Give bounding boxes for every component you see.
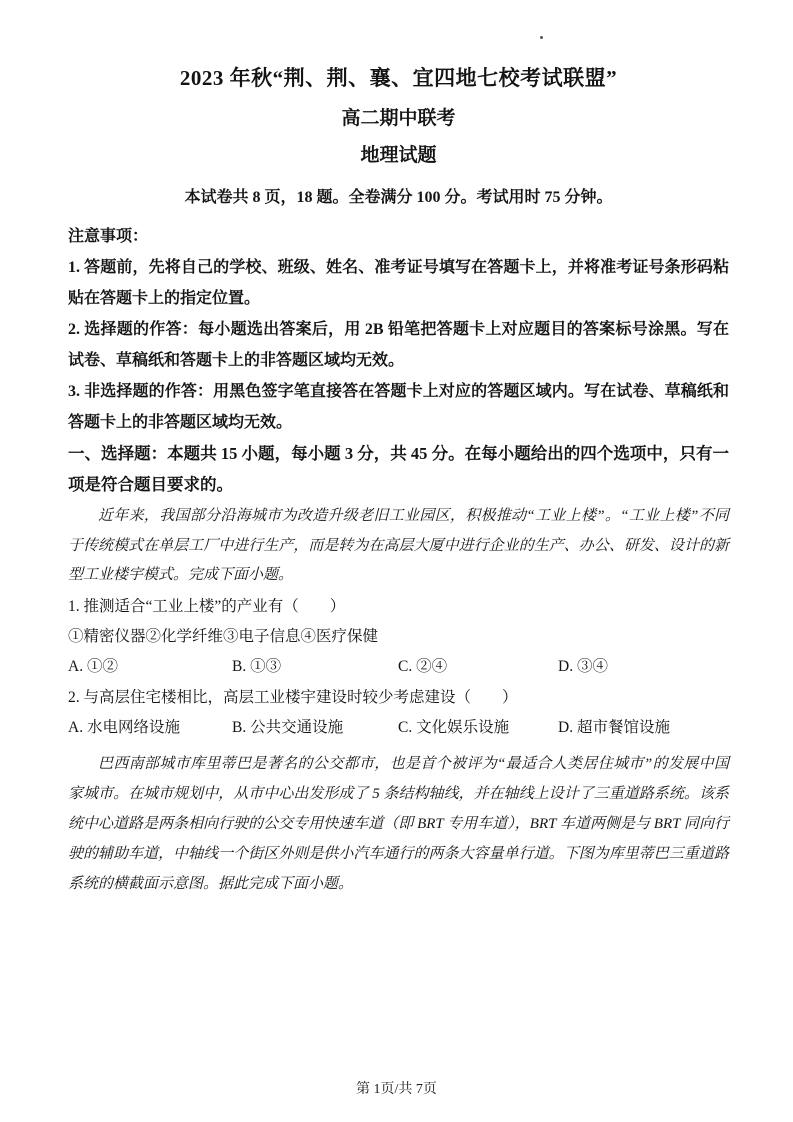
notice-item-2: 2. 选择题的作答：每小题选出答案后，用 2B 铅笔把答题卡上对应题目的答案标号… <box>68 314 729 376</box>
exam-title: 2023 年秋“荆、荆、襄、宜四地七校考试联盟” <box>68 66 729 90</box>
notice-item-1: 1. 答题前，先将自己的学校、班级、姓名、准考证号填写在答题卡上，并将准考证号条… <box>68 252 729 314</box>
question-1-items: ①精密仪器②化学纤维③电子信息④医疗保健 <box>68 622 729 652</box>
question-2: 2. 与高层住宅楼相比，高层工业楼宇建设时较少考虑建设（ ） A. 水电网络设施… <box>68 683 729 743</box>
page-content: 2023 年秋“荆、荆、襄、宜四地七校考试联盟” 高二期中联考 地理试题 本试卷… <box>0 0 793 899</box>
question-2-options: A. 水电网络设施 B. 公共交通设施 C. 文化娱乐设施 D. 超市餐馆设施 <box>68 713 729 743</box>
question-1-option-b: B. ①③ <box>232 652 398 682</box>
exam-info-line: 本试卷共 8 页，18 题。全卷满分 100 分。考试用时 75 分钟。 <box>68 189 729 207</box>
question-1: 1. 推测适合“工业上楼”的产业有（ ） ①精密仪器②化学纤维③电子信息④医疗保… <box>68 592 729 682</box>
question-2-option-d: D. 超市餐馆设施 <box>558 713 729 743</box>
question-1-stem: 1. 推测适合“工业上楼”的产业有（ ） <box>68 592 729 622</box>
exam-paper-page: 2023 年秋“荆、荆、襄、宜四地七校考试联盟” 高二期中联考 地理试题 本试卷… <box>0 0 793 1122</box>
section-heading: 一、选择题：本题共 15 小题，每小题 3 分，共 45 分。在每小题给出的四个… <box>68 438 729 500</box>
exam-subtitle: 高二期中联考 <box>68 108 729 129</box>
question-2-option-b: B. 公共交通设施 <box>232 713 398 743</box>
question-1-options: A. ①② B. ①③ C. ②④ D. ③④ <box>68 652 729 682</box>
exam-subject: 地理试题 <box>68 145 729 166</box>
question-2-option-c: C. 文化娱乐设施 <box>398 713 558 743</box>
question-2-option-a: A. 水电网络设施 <box>68 713 232 743</box>
scan-artifact-dot <box>540 36 543 39</box>
question-1-option-a: A. ①② <box>68 652 232 682</box>
notice-item-3: 3. 非选择题的作答：用黑色签字笔直接答在答题卡上对应的答题区域内。写在试卷、草… <box>68 376 729 438</box>
passage-industry-upstairs: 近年来，我国部分沿海城市为改造升级老旧工业园区，积极推动“工业上楼”。“工业上楼… <box>68 502 729 591</box>
page-number: 第 1页/共 7页 <box>0 1082 793 1098</box>
notice-heading: 注意事项： <box>68 221 729 252</box>
question-1-option-c: C. ②④ <box>398 652 558 682</box>
question-2-stem: 2. 与高层住宅楼相比，高层工业楼宇建设时较少考虑建设（ ） <box>68 683 729 713</box>
passage-curitiba-brt: 巴西南部城市库里蒂巴是著名的公交都市，也是首个被评为“最适合人类居住城市”的发展… <box>68 749 729 899</box>
question-1-option-d: D. ③④ <box>558 652 729 682</box>
